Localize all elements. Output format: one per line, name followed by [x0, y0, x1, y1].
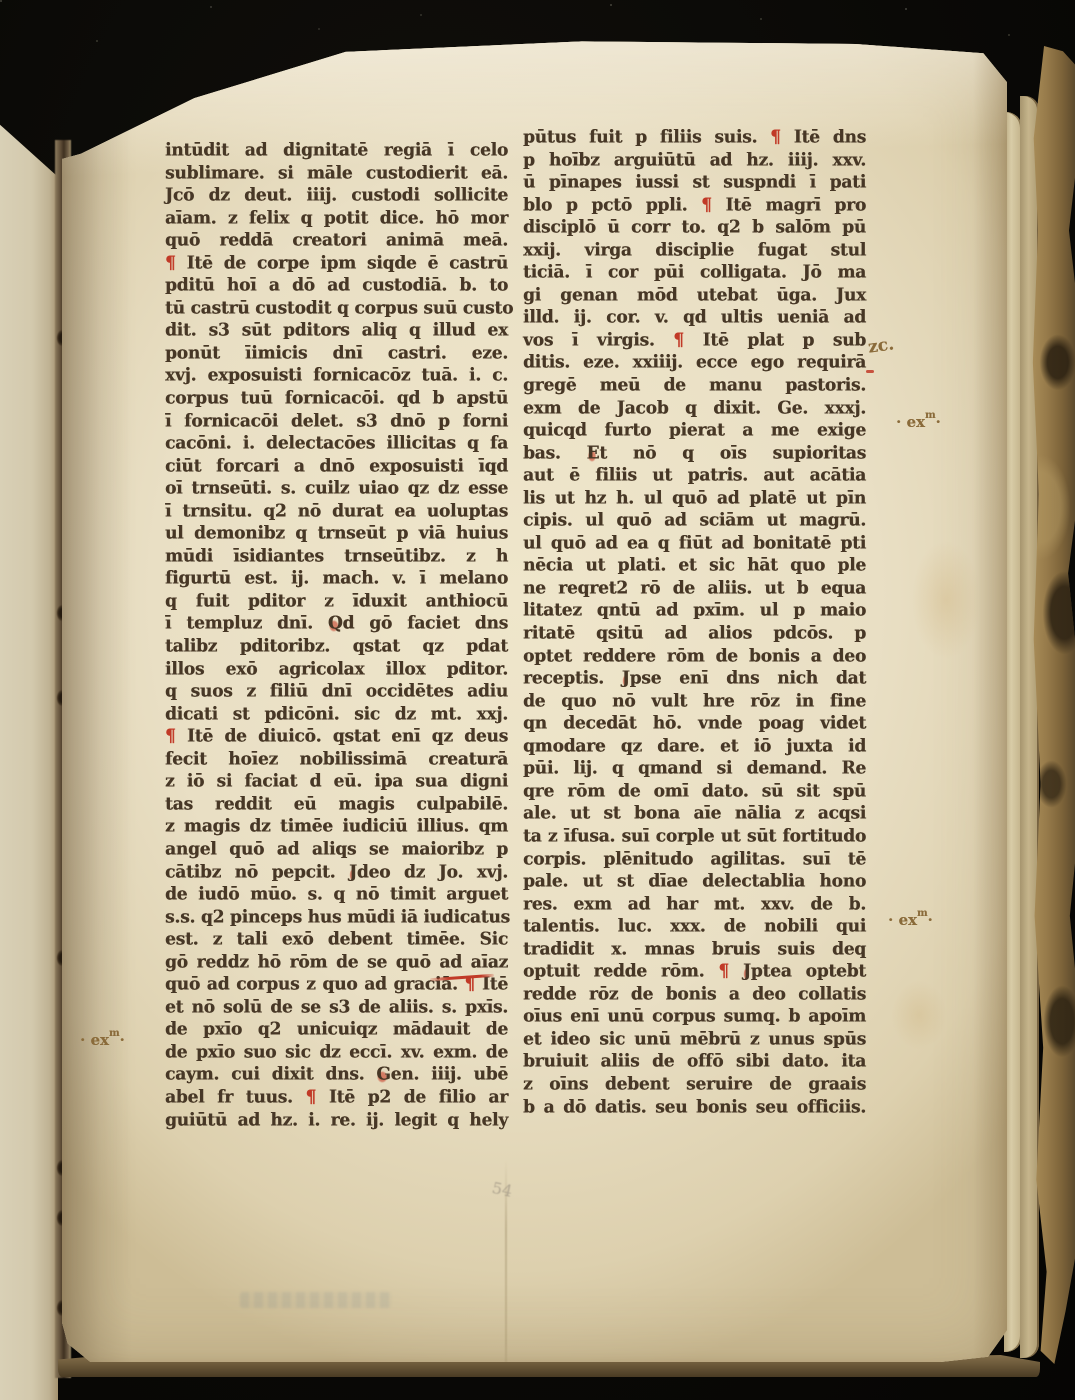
text-line: lis ut hz h. ul quō ad platē ut pīn: [523, 487, 866, 510]
text-line: aut ē filiis ut patris. aut acātia: [523, 464, 866, 487]
text-line: ritatē qsitū ad alios pdcōs. p: [523, 622, 866, 645]
rubric-paraph: ¶: [306, 1087, 329, 1108]
text-line: cacōni. i. delectacōes illicitas q fa: [165, 432, 508, 455]
margin-note-dot: ·: [936, 413, 941, 431]
text-line: dit. s3 sūt pditors aliq q illud ex: [165, 319, 508, 342]
text-line: fecit hoīez nobilissimā creaturā: [165, 748, 508, 771]
text-line: pūtus fuit p filiis suis. ¶ Itē dns: [523, 126, 866, 149]
rubric-paraph: ¶: [718, 961, 743, 982]
photo-background: intūdit ad dignitatē regiā ī celosublima…: [0, 0, 1075, 1400]
text-line: gregē meū de manu pastoris.: [523, 374, 866, 397]
text-line: xvj. exposuisti fornicacōz tuā. i. c.: [165, 364, 508, 387]
rubric-paraph: ¶: [165, 726, 187, 747]
fore-edge-shadow: [973, 40, 1007, 1362]
text-line: illd. ij. cor. v. qd ultis ueniā ad: [523, 306, 866, 329]
text-line: bas. Et nō q oīs supioritas: [523, 442, 866, 465]
text-line: cātibz nō pepcit. Jdeo dz Jo. xvj.: [165, 861, 508, 884]
text-line: ditis. eze. xxiiij. ecce ego requirā: [523, 351, 866, 374]
text-line: b a dō datis. seu bonis seu officiis.: [523, 1096, 866, 1119]
text-line: optuit redde rōm. ¶ Jptea optebt: [523, 960, 866, 983]
text-line: ū pīnapes iussi st suspndi ī pati: [523, 171, 866, 194]
text-line: p hoībz arguiūtū ad hz. iiij. xxv.: [523, 149, 866, 172]
text-line: aīam. z felix q potit dice. hō mor: [165, 207, 508, 230]
faint-offset-stamp: [240, 1292, 392, 1308]
text-line: q suos z filiū dnī occidētes adiu: [165, 680, 508, 703]
text-line: ta z īfusa. suī corple ut sūt fortitudo: [523, 825, 866, 848]
margin-note-etc: zc.: [867, 334, 895, 357]
manuscript-page: intūdit ad dignitatē regiā ī celosublima…: [62, 40, 1007, 1362]
margin-note-text: · ex: [896, 413, 925, 431]
rubric-touched-initial: J: [743, 961, 751, 982]
text-line: de iudō mūo. s. q nō timit arguet: [165, 883, 508, 906]
text-line: blo p pctō ppli. ¶ Itē magrī pro: [523, 194, 866, 217]
text-line: xxij. virga disciplie fugat stul: [523, 239, 866, 262]
parchment-stain: [911, 540, 981, 660]
facing-page-edge: [0, 96, 58, 1400]
text-line: est. z tali exō debent timēe. Sic: [165, 928, 508, 951]
text-line: ī trnsitu. q2 nō durat ea uoluptas: [165, 500, 508, 523]
text-line: vos ī virgis. ¶ Itē plat p sub: [523, 329, 866, 352]
text-line: res. exm ad har mt. xxv. de b.: [523, 893, 866, 916]
margin-note-dot: ·: [928, 911, 933, 929]
margin-note-superscript: m: [917, 908, 928, 919]
margin-note-exemplum: · exm·: [896, 410, 941, 431]
text-line: tas reddit eū magis culpabilē.: [165, 793, 508, 816]
text-line: tū castrū custodit q corpus suū custo: [165, 297, 508, 320]
text-line: talibz pditoribz. qstat qz pdat: [165, 635, 508, 658]
margin-note-text: · ex: [888, 911, 917, 929]
text-line: guiūtū ad hz. i. re. ij. legit q hely: [165, 1109, 508, 1132]
text-line: receptis. Jpse enī dns nich dat: [523, 667, 866, 690]
text-line: ī templuz dnī. Qd gō faciet dns: [165, 612, 508, 635]
margin-note-superscript: m: [109, 1028, 120, 1039]
text-line: sublimare. si māle custodierit eā.: [165, 162, 508, 185]
text-line: pūi. lij. q qmand si demand. Re: [523, 757, 866, 780]
text-line: pditū hoī a dō ad custodiā. b. to: [165, 274, 508, 297]
text-line: oī trnseūti. s. cuilz uiao qz dz esse: [165, 477, 508, 500]
text-line: z oīns debent seruire de graais: [523, 1073, 866, 1096]
text-line: ciūt forcari a dnō exposuisti īqd: [165, 455, 508, 478]
text-line: quicqd furto pierat a me exige: [523, 419, 866, 442]
gutter-shadow: [62, 40, 132, 1362]
text-line: optet reddere rōm de bonis a deo: [523, 645, 866, 668]
rubric-tick: [866, 370, 874, 373]
text-line: gi genan mōd utebat ūga. Jux: [523, 284, 866, 307]
text-line: disciplō ū corr to. q2 b salōm pū: [523, 216, 866, 239]
text-line: et ideo sic unū mēbrū z unus spūs: [523, 1028, 866, 1051]
text-line: ponūt īimicis dnī castri. eze.: [165, 342, 508, 365]
rubric-touched-initial: E: [587, 443, 600, 464]
text-line: bruiuit aliis de offō sibi dato. ita: [523, 1050, 866, 1073]
rubric-paraph: ¶: [770, 127, 794, 148]
text-line: quō reddā creatori animā meā.: [165, 229, 508, 252]
text-line: litatez qntū ad pxīm. ul p maio: [523, 599, 866, 622]
text-line: ul quō ad ea q fiūt ad bonitatē pti: [523, 532, 866, 555]
text-line: et nō solū de se s3 de aliis. s. pxīs.: [165, 996, 508, 1019]
text-line: de pxīo suo sic dz eccī. xv. exm. de: [165, 1041, 508, 1064]
text-line: oīus enī unū corpus sumq. b apoīm: [523, 1005, 866, 1028]
text-line: mūdi īsidiantes trnseūtibz. z h: [165, 545, 508, 568]
text-column-left: intūdit ad dignitatē regiā ī celosublima…: [165, 139, 508, 1131]
margin-note-dot: ·: [120, 1031, 125, 1049]
text-line: pale. ut st dīae delectablia hono: [523, 870, 866, 893]
rubric-touched-initial: Q: [328, 614, 343, 635]
text-line: corpus tuū fornicacōi. qd b apstū: [165, 387, 508, 410]
text-line: nēcia ut plati. et sic hāt quo ple: [523, 554, 866, 577]
margin-note-exemplum: · exm·: [80, 1028, 125, 1049]
dust-specks: [0, 0, 2, 2]
rubric-touched-initial: J: [622, 668, 630, 689]
text-line: ī fornicacōi delet. s3 dnō p forni: [165, 410, 508, 433]
text-line: ale. ut st bona aīe nālia z acqsi: [523, 802, 866, 825]
margin-note-text: · ex: [80, 1031, 109, 1049]
text-line: cipis. ul quō ad sciām ut magrū.: [523, 509, 866, 532]
text-line: q fuit pditor z īduxit anthiocū: [165, 590, 508, 613]
text-line: abel fr tuus. ¶ Itē p2 de filio ar: [165, 1086, 508, 1109]
text-line: talentis. luc. xxx. de nobili qui: [523, 915, 866, 938]
text-line: redde rōz de bonis a deo collatis: [523, 983, 866, 1006]
text-line: qn decedāt hō. vnde poag videt: [523, 712, 866, 735]
text-line: tradidit x. mnas bruis suis deq: [523, 938, 866, 961]
leather-cover-edge: [1032, 46, 1075, 1364]
text-line: z iō si faciat d eū. ipa sua digni: [165, 770, 508, 793]
text-column-right: pūtus fuit p filiis suis. ¶ Itē dnsp hoī…: [523, 126, 866, 1118]
text-line: ¶ Itē de diuicō. qstat enī qz deus: [165, 725, 508, 748]
margin-note-exemplum: · exm·: [888, 908, 933, 929]
text-line: exm de Jacob q dixit. Ge. xxxj.: [523, 397, 866, 420]
rubric-touched-initial: G: [376, 1064, 390, 1085]
text-line: ul demonibz q trnseūt p viā huius: [165, 522, 508, 545]
text-line: qmodare qz dare. et iō juxta id: [523, 735, 866, 758]
text-line: de pxīo q2 unicuiqz mādauit de: [165, 1018, 508, 1041]
margin-note-text: zc.: [867, 334, 895, 357]
parchment-stain: [891, 980, 947, 1050]
text-line: ticiā. ī cor pūi colligata. Jō ma: [523, 261, 866, 284]
margin-note-superscript: m: [925, 410, 936, 421]
folio-number: 54: [490, 1178, 514, 1201]
text-line: ne reqret2 rō de aliis. ut b equa: [523, 577, 866, 600]
text-line: figurtū est. ij. mach. v. ī melano: [165, 567, 508, 590]
text-line: gō reddz hō rōm de se quō ad aīaz: [165, 951, 508, 974]
text-line: angel quō ad aliqs se maioribz p: [165, 838, 508, 861]
text-line: Jcō dz deut. iiij. custodi sollicite: [165, 184, 508, 207]
rubric-paraph: ¶: [673, 330, 702, 351]
text-line: s.s. q2 pinceps hus mūdi iā iudicatus: [165, 906, 508, 929]
text-line: caym. cui dixit dns. Gen. iiij. ubē: [165, 1063, 508, 1086]
text-line: dicati st pdicōni. sic dz mt. xxj.: [165, 703, 508, 726]
rubric-paraph: ¶: [165, 253, 187, 274]
text-line: qre rōm de omī dato. sū sit spū: [523, 780, 866, 803]
text-line: corpis. plēnitudo agilitas. suī tē: [523, 848, 866, 871]
text-line: illos exō agricolax illox pditor.: [165, 658, 508, 681]
rubric-paraph: ¶: [701, 195, 725, 216]
rubric-touched-initial: J: [349, 862, 357, 883]
text-line: intūdit ad dignitatē regiā ī celo: [165, 139, 508, 162]
text-line: ¶ Itē de corpe ipm siqde ē castrū: [165, 252, 508, 275]
text-line: z magis dz timēe iudiciū illius. qm: [165, 815, 508, 838]
text-line: de quo nō vult hre rōz in fine: [523, 690, 866, 713]
